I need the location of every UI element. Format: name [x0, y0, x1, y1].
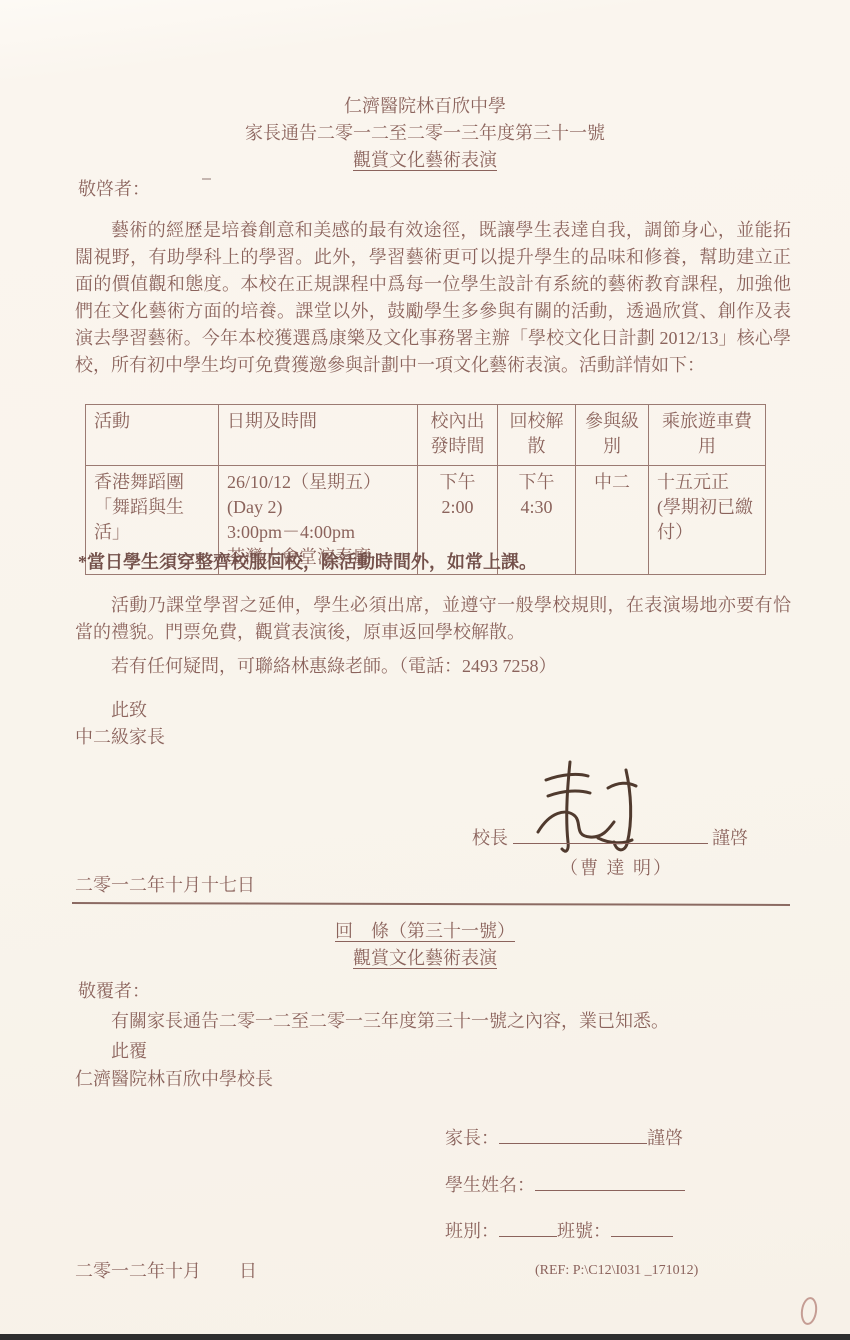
reply-addressee: 仁濟醫院林百欣中學校長 — [75, 1066, 273, 1093]
notice-date: 二零一二年十月十七日 — [75, 872, 255, 899]
reply-date-prefix: 二零一二年十月 — [75, 1261, 201, 1281]
header-block: 仁濟醫院林百欣中學 家長通告二零一二至二零一三年度第三十一號 觀賞文化藝術表演 — [0, 93, 850, 174]
subject-title: 觀賞文化藝術表演 — [0, 147, 850, 174]
signature-line — [513, 825, 708, 844]
col-header-activity: 活動 — [86, 405, 219, 466]
reference-code: (REF: P:\C12\I031 _171012) — [535, 1262, 698, 1280]
contact-paragraph: 若有任何疑問，可聯絡林惠綠老師。（電話：2493 7258） — [75, 653, 557, 680]
cell-fee: 十五元正 (學期初已繳付） — [649, 466, 766, 575]
col-header-level: 參與級別 — [576, 405, 649, 466]
closing-addressee: 中二級家長 — [75, 724, 165, 751]
attendance-paragraph: 活動乃課堂學習之延伸，學生必須出席，並遵守一般學校規則，在表演場地亦要有恰當的禮… — [75, 592, 791, 646]
scanned-notice: 仁濟醫院林百欣中學 家長通告二零一二至二零一三年度第三十一號 觀賞文化藝術表演 … — [0, 0, 850, 1340]
cell-level: 中二 — [576, 466, 649, 575]
closing-phrase: 此致 — [75, 697, 147, 724]
principal-name: （曹 達 明） — [560, 855, 673, 882]
col-header-return-dismiss: 回校解散 — [498, 405, 576, 466]
class-fields: 班別：班號： — [445, 1217, 673, 1245]
class-number-blank — [611, 1217, 673, 1237]
student-name-label: 學生姓名： — [445, 1175, 535, 1195]
intro-paragraph: 藝術的經歷是培養創意和美感的最有效途徑，既讓學生表達自我，調節身心，並能拓闊視野… — [75, 217, 791, 379]
parent-signature-blank — [499, 1124, 647, 1144]
student-name-blank — [535, 1171, 685, 1191]
role-label: 校長 — [472, 828, 508, 848]
reply-date-line: 二零一二年十月日 — [75, 1258, 257, 1285]
parent-label: 家長： — [445, 1128, 499, 1148]
schedule-header-row: 活動 日期及時間 校內出發時間 回校解散 參與級別 乘旅遊車費用 — [86, 405, 766, 466]
respect-label: 謹啓 — [712, 828, 748, 848]
tear-off-divider — [72, 902, 790, 906]
signature-row: 校長 謹啓 — [472, 825, 748, 852]
reply-salutation: 敬覆者： — [78, 978, 150, 1005]
uniform-note: *當日學生須穿整齊校服回校，除活動時間外，如常上課。 — [78, 549, 537, 576]
salutation: 敬啓者： — [78, 176, 150, 203]
col-header-depart-time: 校內出發時間 — [418, 405, 498, 466]
class-blank — [499, 1217, 557, 1237]
handwritten-zero-mark — [796, 1294, 822, 1328]
parent-respect-label: 謹啓 — [647, 1128, 683, 1148]
pencil-mark — [202, 178, 211, 180]
reply-slip-subject: 觀賞文化藝術表演 — [0, 945, 850, 972]
school-name: 仁濟醫院林百欣中學 — [0, 93, 850, 120]
class-number-label: 班號： — [557, 1221, 611, 1241]
reply-slip-header: 回 條（第三十一號） 觀賞文化藝術表演 — [0, 918, 850, 972]
reply-acknowledgement: 有關家長通告二零一二至二零一三年度第三十一號之內容，業已知悉。 — [75, 1008, 791, 1035]
parent-signature-field: 家長：謹啓 — [445, 1124, 683, 1152]
notice-number: 家長通告二零一二至二零一三年度第三十一號 — [0, 120, 850, 147]
student-name-field: 學生姓名： — [445, 1171, 685, 1199]
reply-slip-title: 回 條（第三十一號） — [0, 918, 850, 945]
col-header-coach-fee: 乘旅遊車費用 — [649, 405, 766, 466]
reply-date-day: 日 — [239, 1261, 257, 1281]
class-label: 班別： — [445, 1221, 499, 1241]
col-header-date-time: 日期及時間 — [219, 405, 418, 466]
scan-edge-strip — [0, 1334, 850, 1340]
reply-closing-phrase: 此覆 — [75, 1038, 147, 1065]
